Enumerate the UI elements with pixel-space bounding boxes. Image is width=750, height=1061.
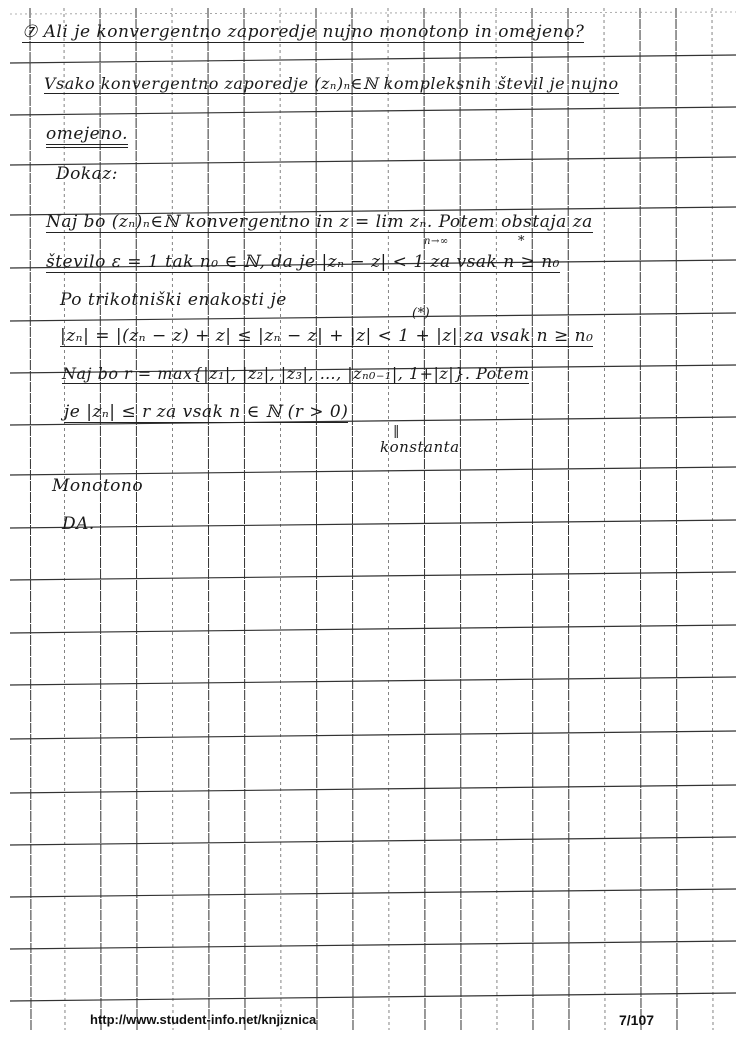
proof-line-2: število ε = 1 tak n₀ ∈ ℕ, da je |zₙ − z|… [46, 252, 560, 272]
proof-line-4: |zₙ| = |(zₙ − z) + z| ≤ |zₙ − z| + |z| <… [60, 326, 593, 346]
question-text: ⑦ Ali je konvergentno zaporedje nujno mo… [22, 22, 584, 43]
proof-text-3: Po trikotniški enakosti je [60, 290, 287, 310]
constant-note-mark-text: ‖ [393, 424, 400, 439]
proof-text-6: je |zₙ| ≤ r za vsak n ∈ ℕ (r > 0) [64, 402, 348, 423]
answer-text-2: omejeno. [46, 124, 128, 148]
constant-note-text: konstanta [380, 438, 460, 456]
star-reference-mark: (*) [412, 306, 430, 321]
limit-subscript: n→∞ [424, 236, 449, 247]
limit-subscript-text: n→∞ [424, 236, 449, 247]
asterisk-text: * [518, 234, 525, 249]
proof-line-3: Po trikotniški enakosti je [60, 290, 287, 310]
proof-line-6: je |zₙ| ≤ r za vsak n ∈ ℕ (r > 0) [64, 402, 348, 422]
proof-label-text: Dokaz: [56, 164, 118, 184]
monotone-answer-text: DA. [62, 514, 95, 534]
star-reference-text: (*) [412, 306, 430, 321]
proof-text-5: Naj bo r = max{|z₁|, |z₂|, |z₃|, …, |zₙ₀… [62, 364, 529, 384]
question-line: ⑦ Ali je konvergentno zaporedje nujno mo… [22, 22, 584, 42]
proof-text-1: Naj bo (zₙ)ₙ∈ℕ konvergentno in z = lim z… [46, 212, 593, 233]
constant-note: konstanta [380, 438, 460, 456]
grid-paper [0, 0, 750, 1061]
proof-label: Dokaz: [56, 164, 118, 184]
monotone-label: Monotono [52, 476, 143, 496]
page-number: 7/107 [619, 1012, 654, 1028]
proof-line-1: Naj bo (zₙ)ₙ∈ℕ konvergentno in z = lim z… [46, 212, 593, 232]
proof-line-5: Naj bo r = max{|z₁|, |z₂|, |z₃|, …, |zₙ₀… [62, 364, 529, 383]
monotone-label-text: Monotono [52, 476, 143, 496]
answer-line-1: Vsako konvergentno zaporedje (zₙ)ₙ∈ℕ kom… [44, 74, 619, 93]
monotone-answer: DA. [62, 514, 95, 534]
constant-note-mark: ‖ [393, 424, 400, 439]
answer-line-2: omejeno. [46, 124, 128, 144]
footer-url[interactable]: http://www.student-info.net/knjiznica [90, 1012, 316, 1027]
asterisk-mark: * [518, 234, 525, 249]
proof-text-4: |zₙ| = |(zₙ − z) + z| ≤ |zₙ − z| + |z| <… [60, 326, 593, 347]
answer-text-1: Vsako konvergentno zaporedje (zₙ)ₙ∈ℕ kom… [44, 74, 619, 94]
proof-text-2: število ε = 1 tak n₀ ∈ ℕ, da je |zₙ − z|… [46, 252, 560, 273]
